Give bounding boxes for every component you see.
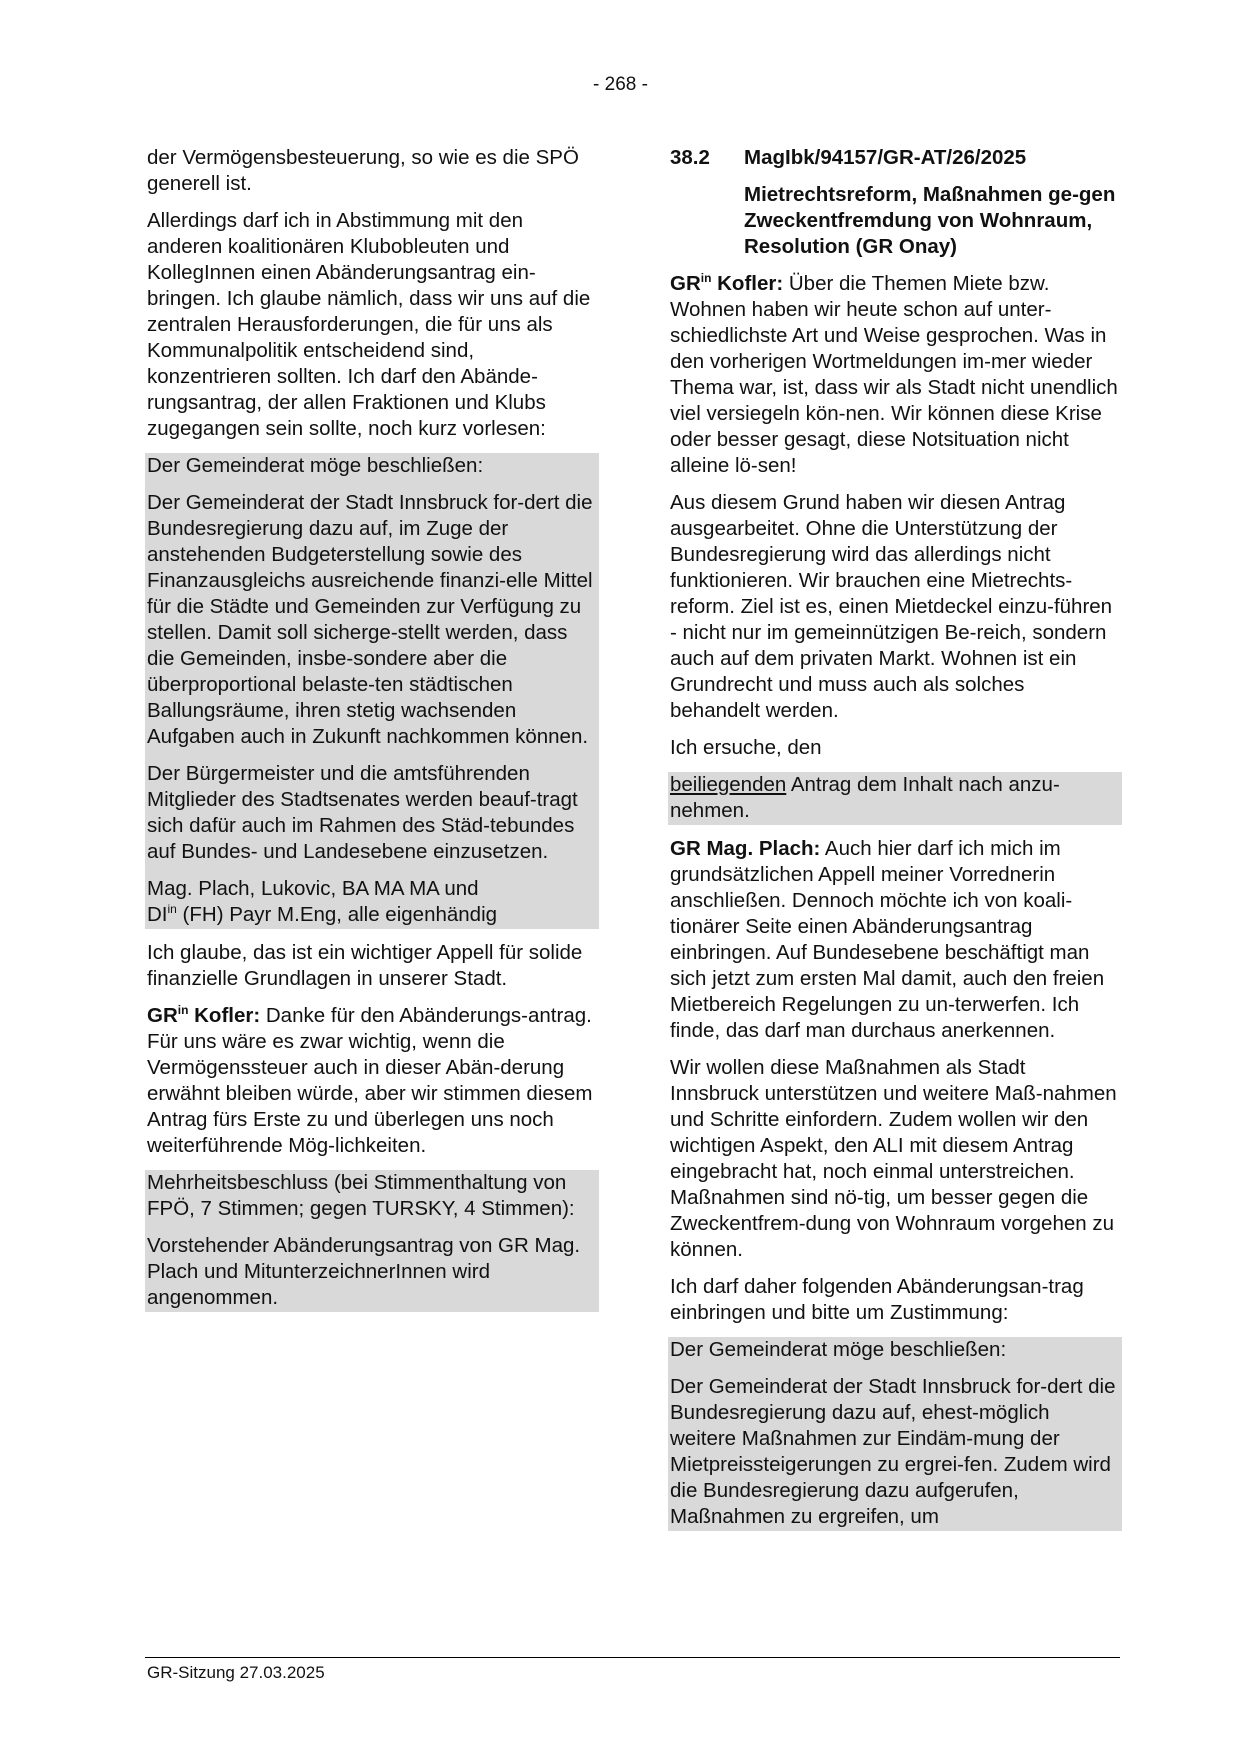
- signatory-title: DI: [147, 903, 168, 926]
- right-column: 38.2 MagIbk/94157/GR-AT/26/2025 Mietrech…: [670, 145, 1120, 1542]
- page-number: - 268 -: [0, 74, 1241, 96]
- speaker-paragraph: GRin Kofler: Danke für den Abänderungs-a…: [147, 1003, 597, 1159]
- footer-divider: [145, 1657, 1120, 1658]
- paragraph: Ich darf daher folgenden Abänderungsan-t…: [670, 1274, 1120, 1326]
- agenda-item-title: Mietrechtsreform, Maßnahmen ge-gen Zweck…: [670, 182, 1120, 260]
- resolution-outcome: Vorstehender Abänderungsantrag von GR Ma…: [147, 1233, 597, 1312]
- paragraph: der Vermögensbesteuerung, so wie es die …: [147, 145, 597, 197]
- paragraph: Allerdings darf ich in Abstimmung mit de…: [147, 208, 597, 442]
- motion-body: Der Gemeinderat der Stadt Innsbruck for-…: [670, 1374, 1120, 1531]
- speech-text: Auch hier darf ich mich im grundsätzlich…: [670, 837, 1104, 1042]
- footer-session-date: GR-Sitzung 27.03.2025: [147, 1663, 325, 1683]
- resolution-box: Mehrheitsbeschluss (bei Stimmenthaltung …: [145, 1170, 599, 1312]
- motion-signatories: Mag. Plach, Lukovic, BA MA MA undDIin (F…: [147, 876, 597, 929]
- left-column: der Vermögensbesteuerung, so wie es die …: [147, 145, 597, 1323]
- signatories-line: (FH) Payr M.Eng, alle eigenhändig: [177, 903, 497, 926]
- speech-text: Über die Themen Miete bzw. Wohnen haben …: [670, 272, 1118, 477]
- speaker-paragraph: GRin Kofler: Über die Themen Miete bzw. …: [670, 271, 1120, 479]
- paragraph: Aus diesem Grund haben wir diesen Antrag…: [670, 490, 1120, 724]
- paragraph: Ich ersuche, den: [670, 735, 1120, 761]
- speaker-name: GRin Kofler:: [147, 1004, 260, 1027]
- motion-body: Der Bürgermeister und die amtsführenden …: [147, 761, 597, 876]
- request-text: beiliegenden Antrag dem Inhalt nach anzu…: [670, 772, 1120, 825]
- paragraph: Ich glaube, das ist ein wichtiger Appell…: [147, 940, 597, 992]
- vote-result: Mehrheitsbeschluss (bei Stimmenthaltung …: [147, 1170, 597, 1233]
- superscript: in: [168, 902, 177, 916]
- underlined-word: beiliegenden: [670, 773, 786, 796]
- motion-box: Der Gemeinderat möge beschließen: Der Ge…: [668, 1337, 1122, 1531]
- paragraph: Wir wollen diese Maßnahmen als Stadt Inn…: [670, 1055, 1120, 1263]
- agenda-item-number: 38.2: [670, 145, 744, 171]
- request-box: beiliegenden Antrag dem Inhalt nach anzu…: [668, 772, 1122, 825]
- signatories-line: Mag. Plach, Lukovic, BA MA MA und: [147, 877, 479, 900]
- speaker-name: GRin Kofler:: [670, 272, 783, 295]
- motion-box: Der Gemeinderat möge beschließen: Der Ge…: [145, 453, 599, 929]
- motion-intro: Der Gemeinderat möge beschließen:: [147, 453, 597, 490]
- speaker-paragraph: GR Mag. Plach: Auch hier darf ich mich i…: [670, 836, 1120, 1044]
- speaker-name: GR Mag. Plach:: [670, 837, 820, 860]
- agenda-item-heading: 38.2 MagIbk/94157/GR-AT/26/2025: [670, 145, 1120, 171]
- agenda-item-reference: MagIbk/94157/GR-AT/26/2025: [744, 145, 1026, 171]
- motion-intro: Der Gemeinderat möge beschließen:: [670, 1337, 1120, 1374]
- motion-body: Der Gemeinderat der Stadt Innsbruck for-…: [147, 490, 597, 761]
